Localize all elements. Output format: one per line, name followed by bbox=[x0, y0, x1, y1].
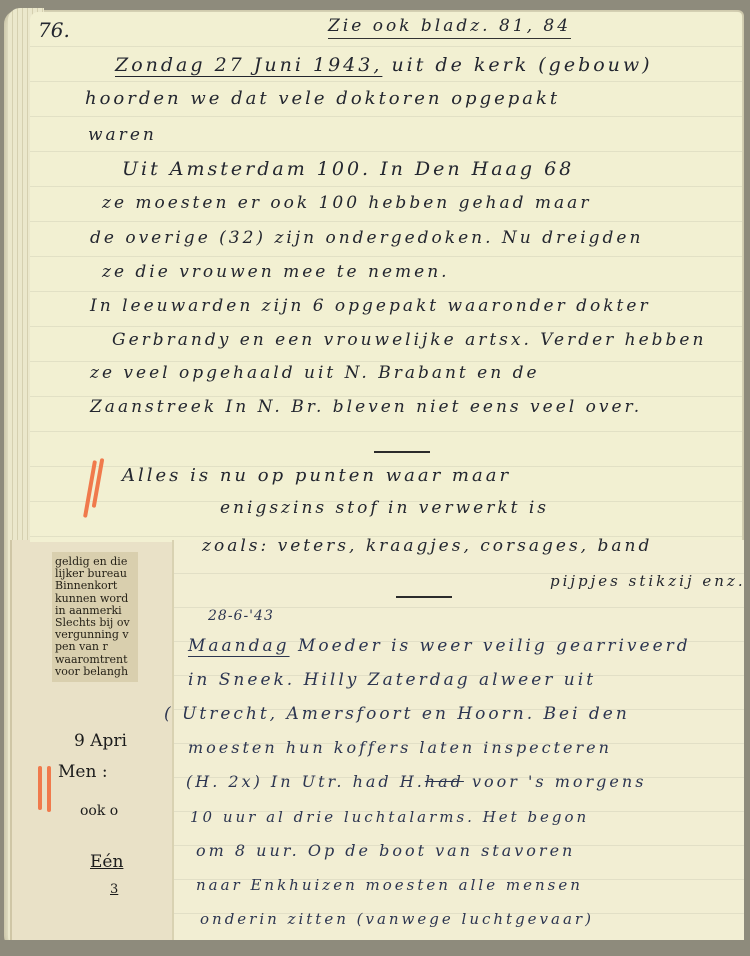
section-divider bbox=[396, 596, 452, 598]
entry2-line: in Sneek. Hilly Zaterdag alweer uit bbox=[188, 670, 596, 690]
entry1-line: In leeuwarden zijn 6 opgepakt waaronder … bbox=[90, 296, 651, 316]
entry2-line: onderin zitten (vanwege luchtgevaar) bbox=[200, 910, 594, 928]
entry1-first-line: Zondag 27 Juni 1943, uit de kerk (gebouw… bbox=[115, 54, 653, 76]
underlying-line: ook o bbox=[80, 803, 118, 819]
page-number: 76. bbox=[38, 18, 70, 42]
entry2-line: moesten hun koffers laten inspecteren bbox=[188, 738, 612, 757]
clipping-line: kunnen word bbox=[55, 593, 138, 605]
entry1-line: waren bbox=[88, 125, 157, 145]
entry2-line: 10 uur al drie luchtalarms. Het begon bbox=[190, 808, 589, 826]
entry1-line: ze die vrouwen mee te nemen. bbox=[102, 262, 450, 282]
entry1-line: Zaanstreek In N. Br. bleven niet eens ve… bbox=[90, 397, 642, 417]
entry2-line: naar Enkhuizen moesten alle mensen bbox=[196, 876, 583, 894]
entry2-line: om 8 uur. Op de boot van stavoren bbox=[196, 841, 575, 860]
newspaper-clipping: geldig en die lijker bureau Binnenkort k… bbox=[52, 552, 138, 682]
note-line: pijpjes stikzij enz. bbox=[550, 572, 746, 590]
entry2-date: 28-6-'43 bbox=[208, 608, 274, 624]
clipping-line: waaromtrent bbox=[55, 654, 138, 666]
underlying-line: 9 Apri bbox=[74, 731, 127, 751]
see-also-reference: Zie ook bladz. 81, 84 bbox=[328, 16, 571, 39]
entry1-line: ze veel opgehaald uit N. Brabant en de bbox=[90, 363, 540, 383]
entry2-text: (H. 2x) In Utr. had H. bbox=[186, 772, 425, 791]
entry1-date-heading: Zondag 27 Juni 1943, bbox=[115, 54, 382, 76]
underlying-line: Eén bbox=[90, 852, 123, 872]
underlying-line: 3 bbox=[110, 882, 118, 897]
entry1-line: Uit Amsterdam 100. In Den Haag 68 bbox=[122, 158, 574, 180]
note-line: enigszins stof in verwerkt is bbox=[220, 498, 549, 518]
entry2-line: (H. 2x) In Utr. had H.had voor 's morgen… bbox=[186, 772, 646, 791]
entry1-line: ze moesten er ook 100 hebben gehad maar bbox=[102, 193, 591, 213]
section-divider bbox=[374, 451, 430, 453]
note-line: zoals: veters, kraagjes, corsages, band bbox=[202, 536, 652, 556]
entry1-line: de overige (32) zijn ondergedoken. Nu dr… bbox=[90, 228, 643, 248]
underlying-line: Men : bbox=[58, 762, 108, 782]
entry1-line: hoorden we dat vele doktoren opgepakt bbox=[85, 88, 560, 109]
red-margin-mark bbox=[47, 766, 51, 812]
clipping-line: pen van r bbox=[55, 641, 138, 653]
entry1-line: uit de kerk (gebouw) bbox=[391, 54, 652, 76]
entry2-line: Moeder is weer veilig gearriveerd bbox=[298, 636, 691, 656]
struck-word: had bbox=[425, 772, 464, 791]
entry1-line: Gerbrandy en een vrouwelijke artsx. Verd… bbox=[112, 330, 706, 350]
entry2-text: voor 's morgens bbox=[472, 772, 646, 791]
entry2-line: ( Utrecht, Amersfoort en Hoorn. Bei den bbox=[164, 704, 630, 724]
clipping-line: voor belangh bbox=[55, 666, 138, 678]
entry2-first-line: Maandag Moeder is weer veilig gearriveer… bbox=[188, 636, 691, 656]
note-line: Alles is nu op punten waar maar bbox=[122, 465, 511, 486]
background-surface bbox=[0, 940, 750, 956]
red-margin-mark bbox=[38, 766, 42, 810]
clipping-line: Binnenkort bbox=[55, 580, 138, 592]
entry2-day: Maandag bbox=[188, 636, 290, 656]
